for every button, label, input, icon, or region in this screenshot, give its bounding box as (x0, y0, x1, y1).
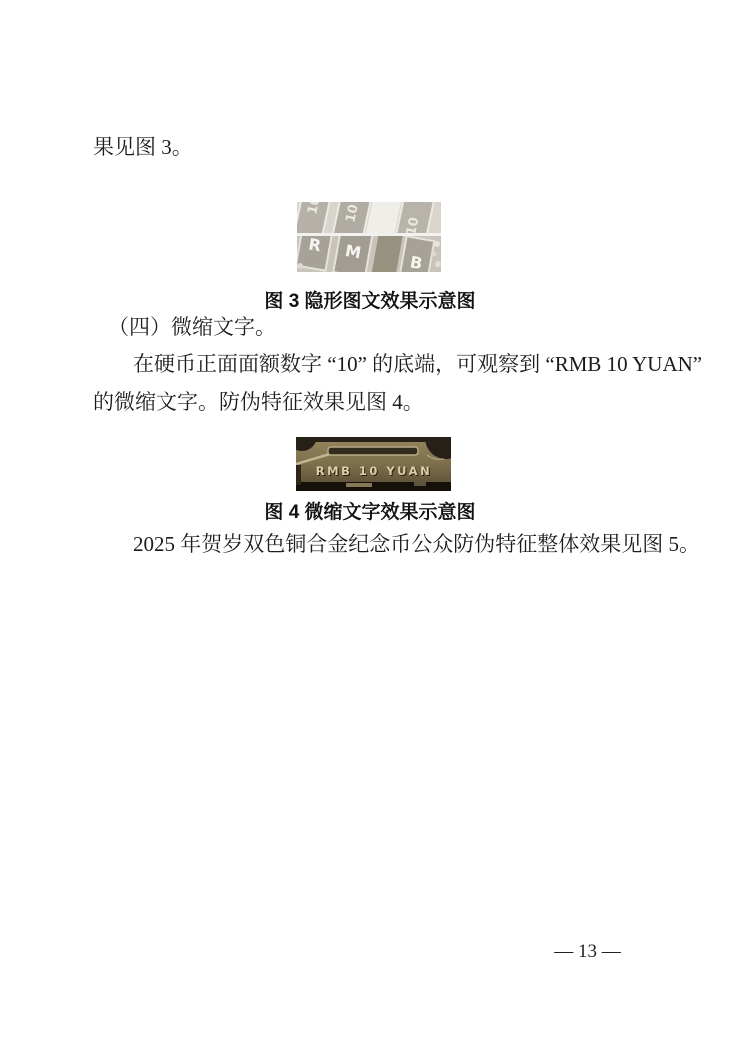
page-number: — 13 — (520, 941, 655, 963)
figure-3-caption: 图 3 隐形图文效果示意图 (0, 286, 740, 313)
coin-hidden-text-photo: 10 10 10 R M B (297, 202, 441, 272)
document-page: 果见图 3。 10 10 10 (0, 0, 740, 1047)
figure-4-caption: 图 4 微缩文字效果示意图 (0, 497, 740, 524)
coin-micro-text-photo: RMB 10 YUAN RMB 10 YUAN (296, 437, 451, 491)
paragraph-line-2: 的微缩文字。防伪特征效果见图 4。 (93, 389, 424, 415)
letter-m: M (344, 241, 363, 262)
fig4-bottom-band (296, 482, 451, 491)
paragraph-line-1: 在硬币正面面额数字 “10” 的底端，可观察到 “RMB 10 YUAN” (133, 351, 702, 377)
figure-4-image: RMB 10 YUAN RMB 10 YUAN (296, 437, 451, 491)
section-heading: （四）微缩文字。 (108, 314, 276, 340)
fig4-groove-slot (328, 447, 418, 455)
figure-3-image: 10 10 10 R M B (297, 202, 441, 272)
paragraph-overflow-line: 果见图 3。 (93, 134, 193, 160)
closing-line: 2025 年贺岁双色铜合金纪念币公众防伪特征整体效果见图 5。 (133, 531, 700, 557)
micro-text-label: RMB 10 YUAN (316, 464, 432, 478)
